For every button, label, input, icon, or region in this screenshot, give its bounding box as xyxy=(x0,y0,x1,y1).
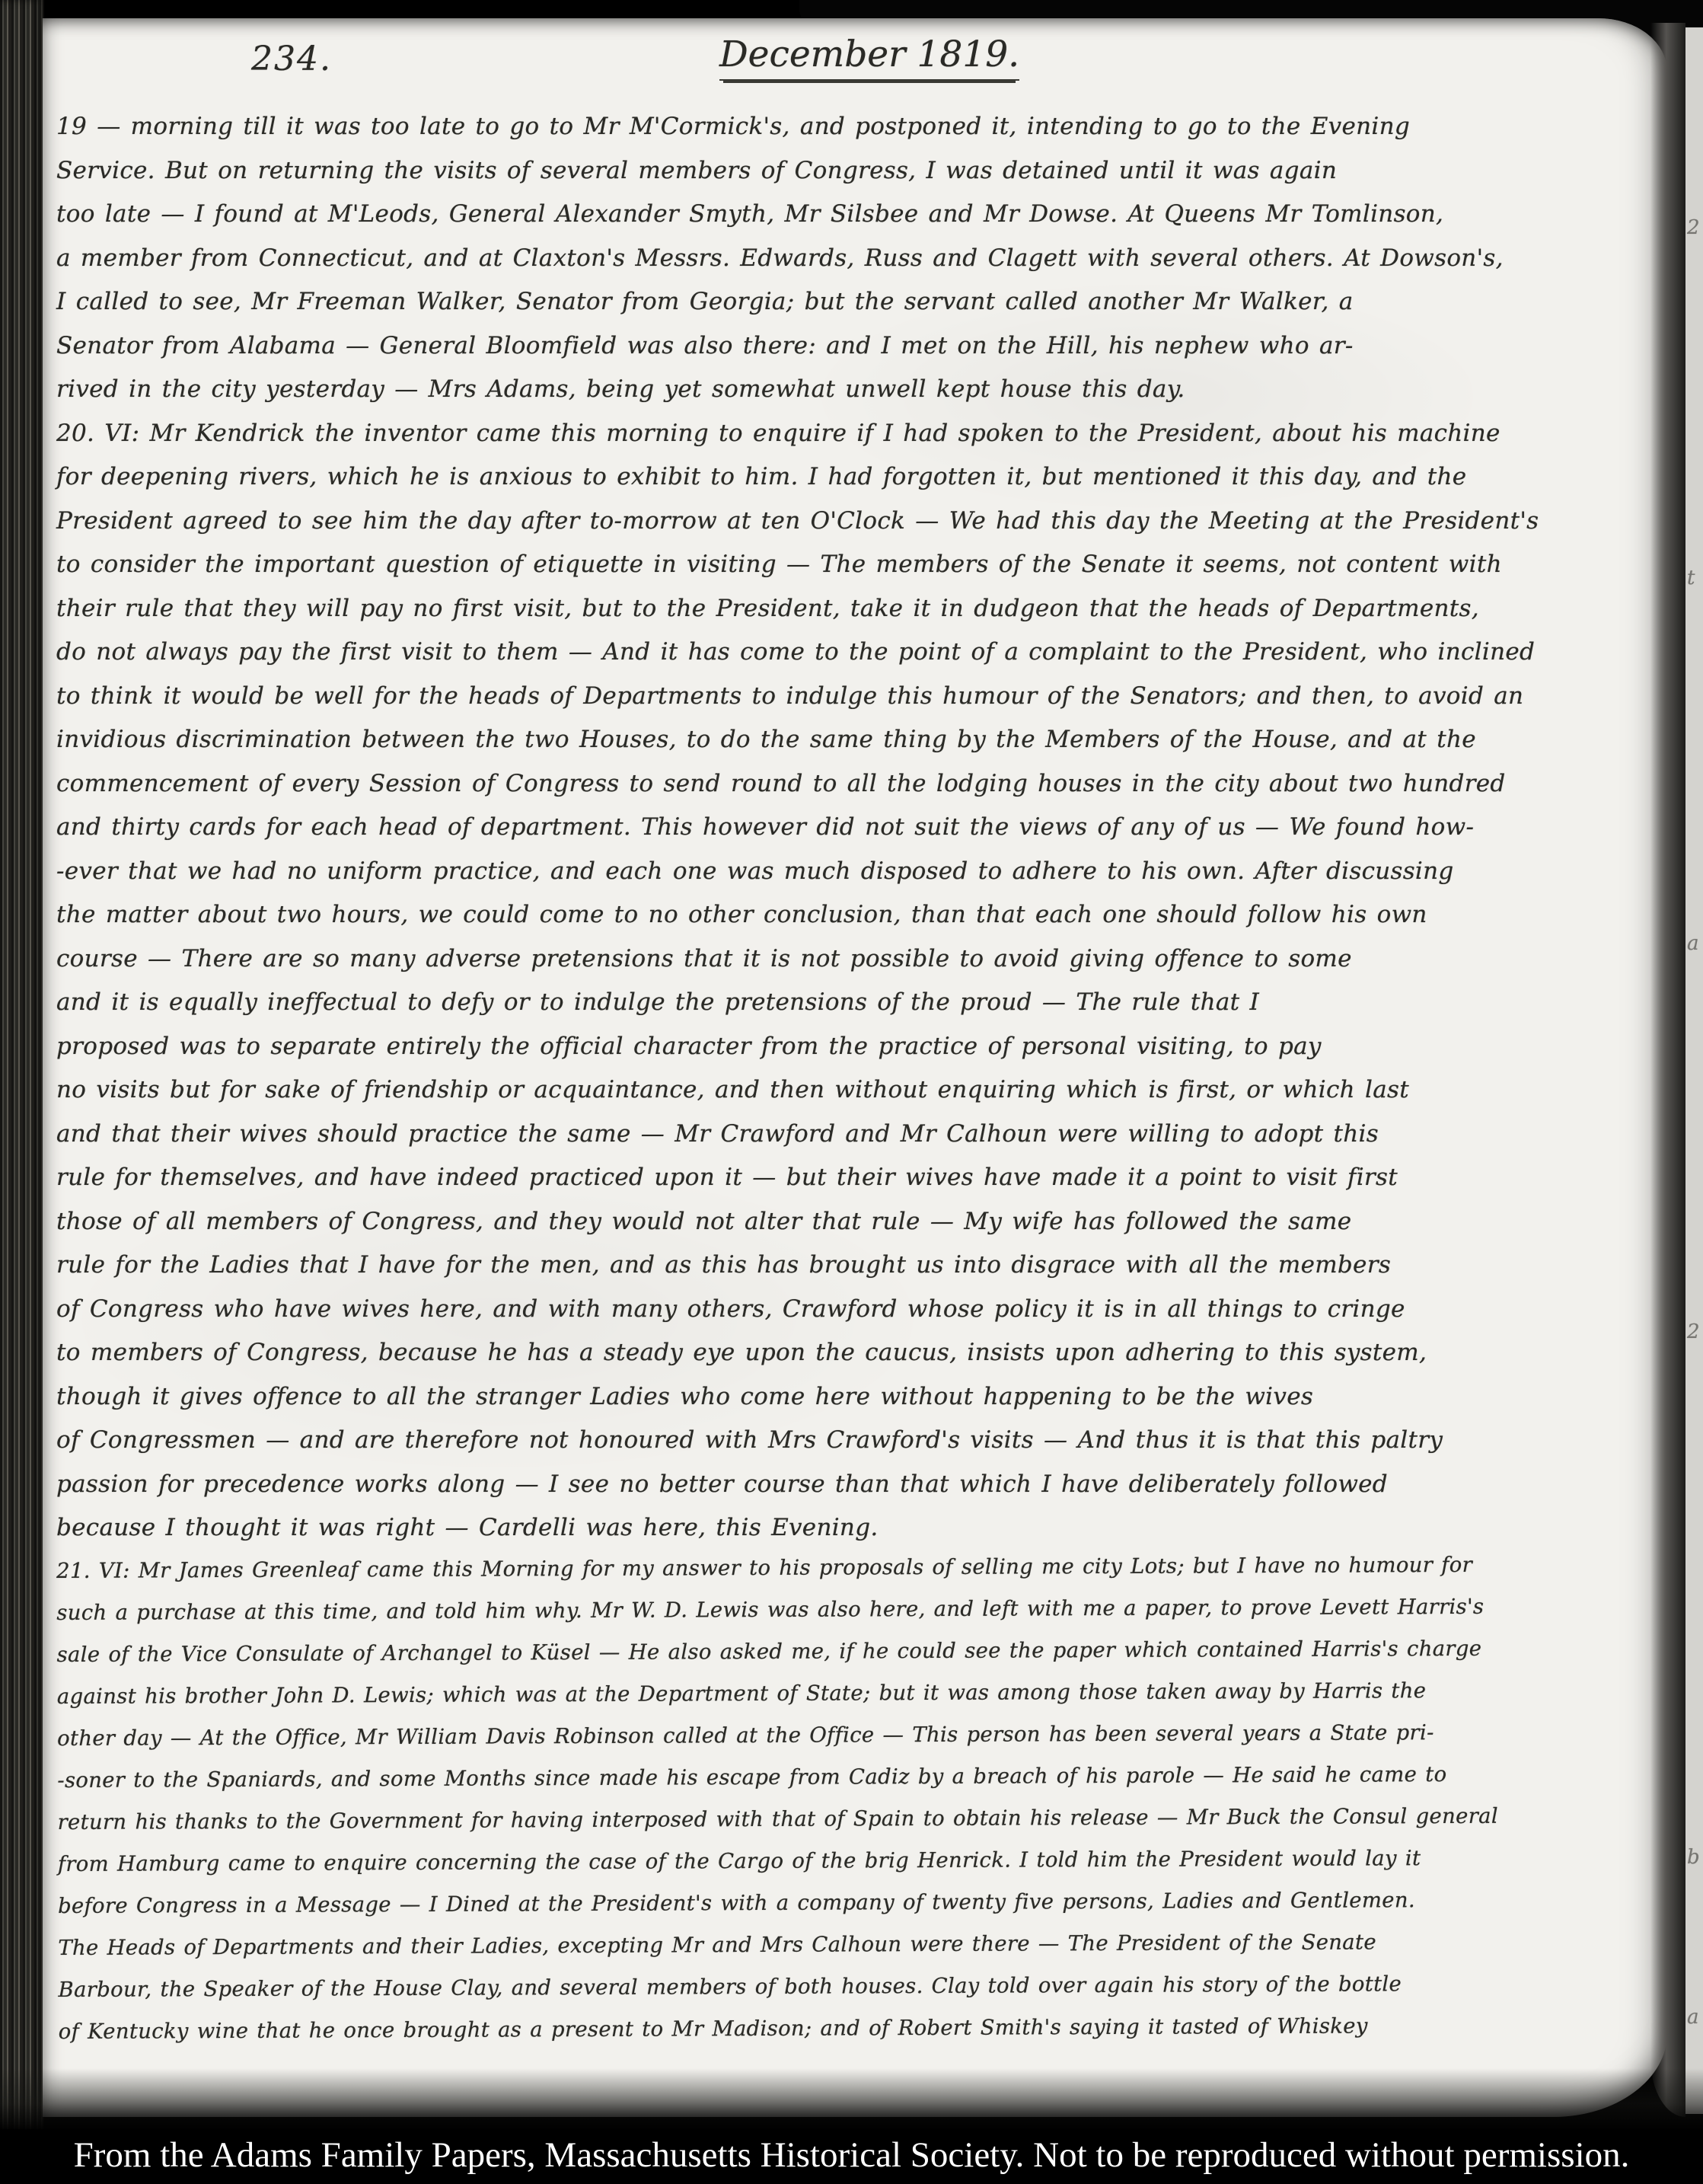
manuscript-line: do not always pay the first visit to the… xyxy=(56,631,1655,675)
manuscript-line: before Congress in a Message — I Dined a… xyxy=(58,1878,1657,1927)
manuscript-line: those of all members of Congress, and th… xyxy=(56,1200,1655,1244)
manuscript-line: though it gives offence to all the stran… xyxy=(56,1375,1655,1419)
facing-page-fragment: 2 xyxy=(1687,218,1700,238)
manuscript-line: for deepening rivers, which he is anxiou… xyxy=(56,455,1655,500)
manuscript-line: other day — At the Office, Mr William Da… xyxy=(57,1710,1656,1759)
manuscript-line: return his thanks to the Government for … xyxy=(57,1794,1656,1843)
manuscript-line: rived in the city yesterday — Mrs Adams,… xyxy=(56,368,1655,412)
manuscript-line: and that their wives should practice the… xyxy=(56,1113,1655,1157)
manuscript-line: Service. But on returning the visits of … xyxy=(56,149,1655,193)
manuscript-line: because I thought it was right — Cardell… xyxy=(56,1506,1655,1550)
manuscript-line: 20. VI: Mr Kendrick the inventor came th… xyxy=(56,412,1655,456)
caption-text: From the Adams Family Papers, Massachuse… xyxy=(0,2132,1703,2178)
manuscript-line: Senator from Alabama — General Bloomfiel… xyxy=(56,324,1655,369)
manuscript-line: to members of Congress, because he has a… xyxy=(56,1331,1655,1375)
manuscript-line: of Kentucky wine that he once brought as… xyxy=(59,2004,1657,2052)
entry-december-20: 20. VI: Mr Kendrick the inventor came th… xyxy=(56,412,1655,1550)
manuscript-line: such a purchase at this time, and told h… xyxy=(56,1585,1655,1633)
manuscript-line: and it is equally ineffectual to defy or… xyxy=(56,981,1655,1025)
facing-page-fragment: 2 xyxy=(1687,1322,1700,1342)
entry-december-21: 21. VI: Mr James Greenleaf came this Mor… xyxy=(56,1543,1657,2052)
manuscript-line: invidious discrimination between the two… xyxy=(56,718,1655,762)
book-binding xyxy=(0,0,44,2184)
manuscript-line: rule for the Ladies that I have for the … xyxy=(56,1244,1655,1288)
facing-page-fragment: b xyxy=(1687,1847,1700,1867)
manuscript-line: I called to see, Mr Freeman Walker, Sena… xyxy=(56,280,1655,324)
manuscript-line: and thirty cards for each head of depart… xyxy=(56,806,1655,850)
manuscript-line: rule for themselves, and have indeed pra… xyxy=(56,1156,1655,1200)
manuscript-line: President agreed to see him the day afte… xyxy=(56,500,1655,544)
manuscript-line: -soner to the Spaniards, and some Months… xyxy=(57,1752,1656,1801)
manuscript-line: The Heads of Departments and their Ladie… xyxy=(58,1920,1657,1968)
manuscript-line: their rule that they will pay no first v… xyxy=(56,587,1655,631)
manuscript-line: Barbour, the Speaker of the House Clay, … xyxy=(58,1962,1657,2010)
manuscript-line: too late — I found at M'Leods, General A… xyxy=(56,193,1655,237)
manuscript-line: of Congress who have wives here, and wit… xyxy=(56,1288,1655,1332)
entry-december-19: 19 — morning till it was too late to go … xyxy=(56,105,1655,412)
manuscript-line: 19 — morning till it was too late to go … xyxy=(56,105,1655,149)
manuscript-line: sale of the Vice Consulate of Archangel … xyxy=(56,1627,1655,1675)
facing-page-edge: 2ta2ba xyxy=(1685,27,1703,2114)
bottom-shadow xyxy=(0,2068,1703,2132)
manuscript-line: course — There are so many adverse prete… xyxy=(56,937,1655,982)
manuscript-line: to consider the important question of et… xyxy=(56,543,1655,587)
facing-page-fragment: a xyxy=(1687,2007,1699,2027)
manuscript-line: commencement of every Session of Congres… xyxy=(56,762,1655,806)
manuscript-line: the matter about two hours, we could com… xyxy=(56,893,1655,937)
manuscript-line: 21. VI: Mr James Greenleaf came this Mor… xyxy=(56,1543,1655,1592)
manuscript-line: of Congressmen — and are therefore not h… xyxy=(56,1419,1655,1463)
diary-text: 19 — morning till it was too late to go … xyxy=(56,105,1655,2053)
manuscript-scan: 2ta2ba 234. December 1819. 19 — morning … xyxy=(0,0,1703,2184)
manuscript-line: a member from Connecticut, and at Claxto… xyxy=(56,237,1655,281)
page-header-text: December 1819. xyxy=(719,34,1019,81)
page-number: 234. xyxy=(251,40,332,78)
manuscript-line: -ever that we had no uniform practice, a… xyxy=(56,850,1655,894)
facing-page-fragment: t xyxy=(1687,568,1695,588)
manuscript-line: against his brother John D. Lewis; which… xyxy=(57,1668,1656,1717)
facing-page-fragment: a xyxy=(1687,934,1699,953)
page-header: December 1819. xyxy=(719,34,1019,75)
manuscript-line: from Hamburg came to enquire concerning … xyxy=(58,1836,1657,1885)
manuscript-line: passion for precedence works along — I s… xyxy=(56,1463,1655,1507)
manuscript-line: no visits but for sake of friendship or … xyxy=(56,1068,1655,1113)
manuscript-line: to think it would be well for the heads … xyxy=(56,675,1655,719)
manuscript-line: proposed was to separate entirely the of… xyxy=(56,1025,1655,1069)
